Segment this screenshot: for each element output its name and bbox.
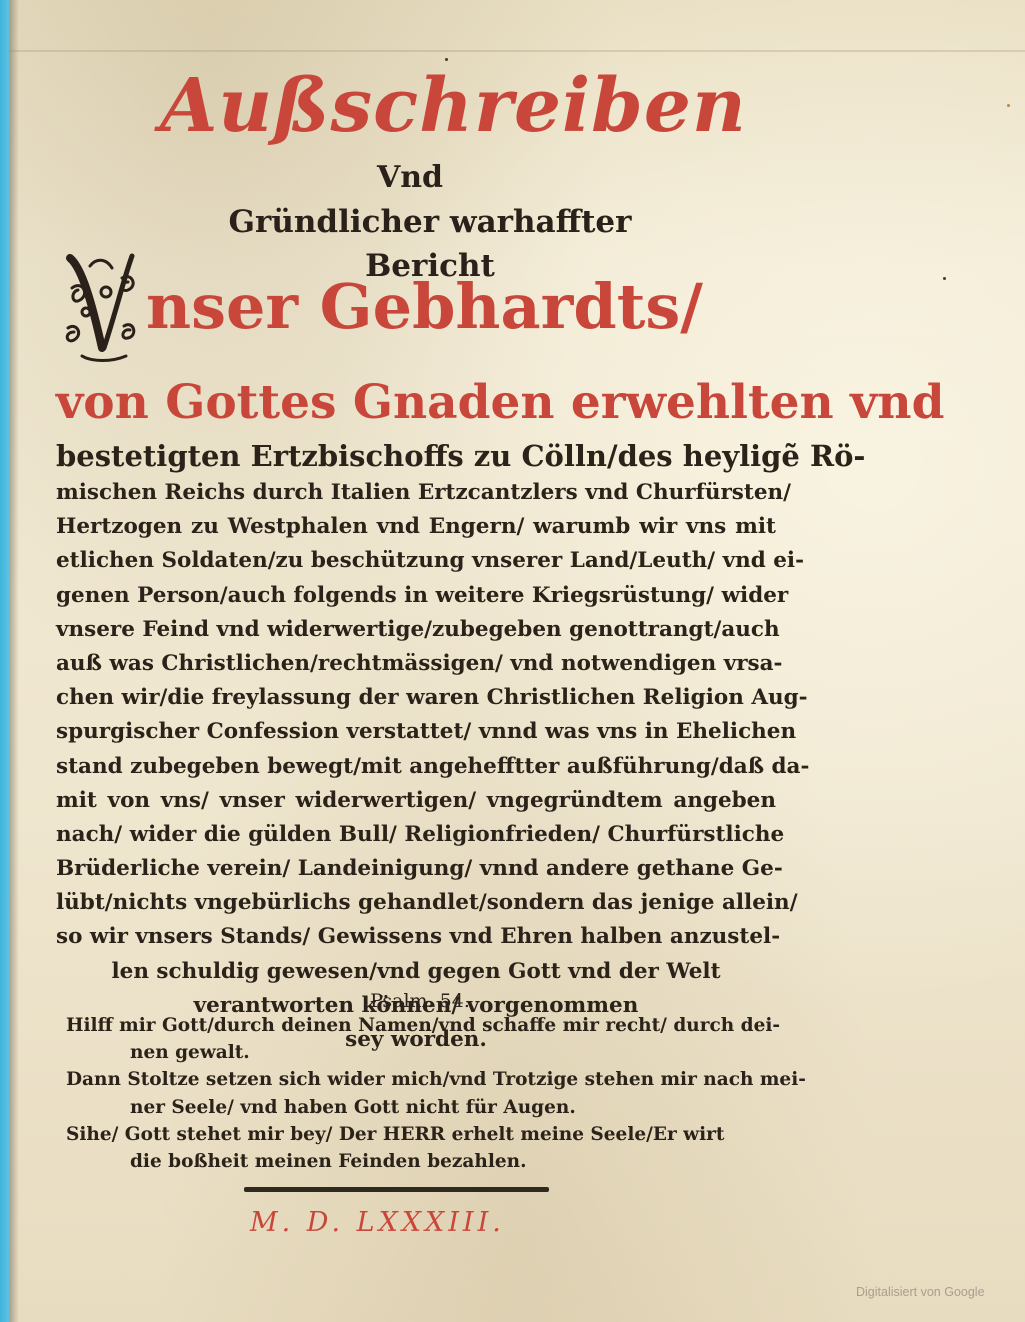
psalm-reference: Psalm. 54. <box>270 988 570 1014</box>
body-line: so wir vnsers Stands/ Gewissens vnd Ehre… <box>56 920 776 954</box>
body-line: nach/ wider die gülden Bull/ Religionfri… <box>56 818 776 852</box>
body-line: spurgischer Confession verstattet/ vnnd … <box>56 715 776 749</box>
body-line: genen Person/auch folgends in weitere Kr… <box>56 579 776 613</box>
verse-line: ner Seele/ vnd haben Gott nicht für Auge… <box>66 1094 746 1121</box>
body-line: bestetigten Ertzbischoffs zu Cölln/des h… <box>56 436 776 476</box>
body-line: lübt/nichts vngebürlichs gehandlet/sonde… <box>56 886 776 920</box>
verse-line: nen gewalt. <box>66 1039 746 1066</box>
body-line: etlichen Soldaten/zu beschützung vnserer… <box>56 544 776 578</box>
digitization-watermark: Digitalisiert von Google <box>856 1285 1021 1299</box>
horizontal-rule <box>244 1187 549 1192</box>
body-line: Hertzogen zu Westphalen vnd Engern/ waru… <box>56 510 776 544</box>
verse-line: Dann Stoltze setzen sich wider mich/vnd … <box>66 1066 746 1093</box>
grace-line: von Gottes Gnaden erwehlten vnd <box>56 370 776 436</box>
verse-line: die boßheit meinen Feinden bezahlen. <box>66 1148 746 1175</box>
title-body-text: bestetigten Ertzbischoffs zu Cölln/des h… <box>56 436 776 1057</box>
body-line: stand zubegeben bewegt/mit angehefftter … <box>56 750 776 784</box>
scan-edge <box>0 0 9 1322</box>
title-conjunction: Vnd <box>340 160 480 196</box>
paper-fold-line <box>9 50 1025 52</box>
page-gutter-shadow <box>9 0 19 1322</box>
body-line: chen wir/die freylassung der waren Chris… <box>56 681 776 715</box>
imprint-year: M. D. LXXXIII. <box>250 1205 550 1241</box>
body-line: len schuldig gewesen/vnd gegen Gott vnd … <box>56 955 776 989</box>
ink-speck <box>943 277 946 280</box>
verse-line: Hilff mir Gott/durch deinen Namen/vnd sc… <box>66 1012 746 1039</box>
author-name-line: nser Gebhardts/ <box>146 262 776 352</box>
decorated-initial-v-icon <box>62 248 144 366</box>
psalm-verses: Hilff mir Gott/durch deinen Namen/vnd sc… <box>66 1012 746 1175</box>
body-line: mit von vns/ vnser widerwertigen/ vngegr… <box>56 784 776 818</box>
body-line: vnsere Feind vnd widerwertige/zubegeben … <box>56 613 776 647</box>
ink-speck <box>1007 104 1010 107</box>
body-line: auß was Christlichen/rechtmässigen/ vnd … <box>56 647 776 681</box>
title-heading: Außschreiben <box>160 60 680 152</box>
body-line: mischen Reichs durch Italien Ertzcantzle… <box>56 476 776 510</box>
body-line: Brüderliche verein/ Landeinigung/ vnnd a… <box>56 852 776 886</box>
verse-line: Sihe/ Gott stehet mir bey/ Der HERR erhe… <box>66 1121 746 1148</box>
